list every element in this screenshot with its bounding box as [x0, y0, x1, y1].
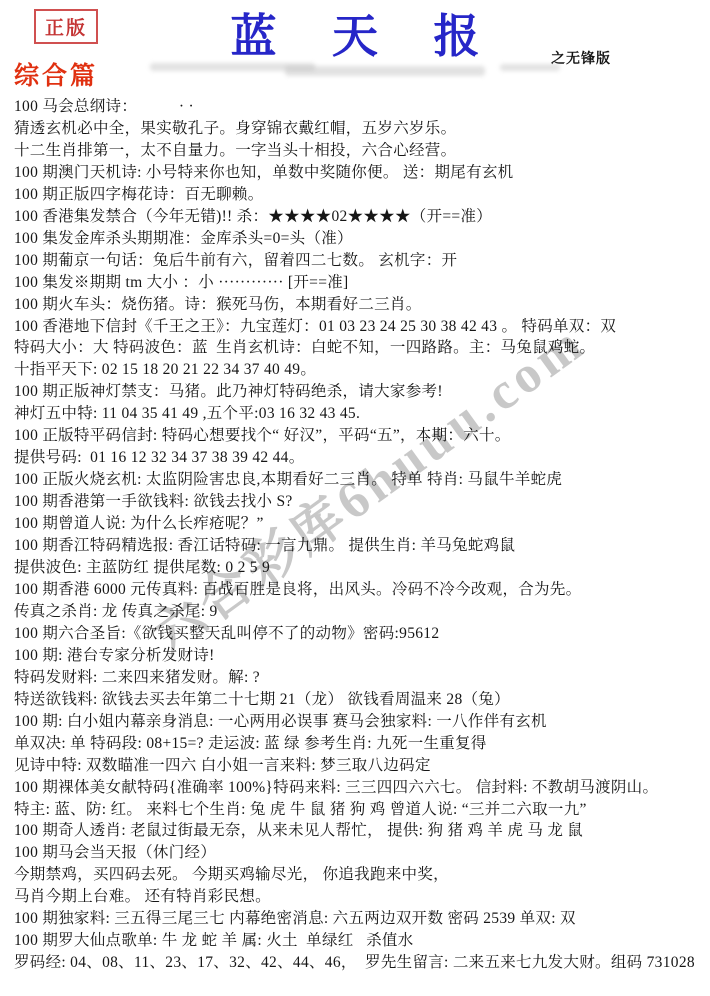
text-line: 100 马会总纲诗： · · — [14, 96, 706, 118]
text-line: 100 期火车头：烧伤猪。诗：猴死马伤，本期看好二三肖。 — [14, 294, 706, 316]
text-line: 100 期奇人透肖: 老鼠过街最无奈，从来未见人帮忙， 提供: 狗 猪 鸡 羊 … — [14, 820, 706, 842]
section-heading: 综合篇 — [14, 56, 98, 92]
text-line: 100 期正版神灯禁支：马猪。此乃神灯特码绝杀，请大家参考! — [14, 381, 706, 403]
text-line: 100 期曾道人说: 为什么长痄疮呢？” — [14, 513, 706, 535]
text-line: 传真之杀肖: 龙 传真之杀尾: 9 — [14, 601, 706, 623]
text-line: 100 期: 港台专家分析发财诗! — [14, 645, 706, 667]
text-line: 100 期香江特码精选报: 香江话特码: 一言九鼎。 提供生肖: 羊马兔蛇鸡鼠 — [14, 535, 706, 557]
text-line: 100 集发※期期 tm 大小 ：小 ············ [开==准] — [14, 272, 706, 294]
text-line: 100 期六合圣旨:《欲钱买整天乱叫停不了的动物》密码:95612 — [14, 623, 706, 645]
text-line: 神灯五中特: 11 04 35 41 49 ,五个平:03 16 32 43 4… — [14, 403, 706, 425]
text-line: 100 期正版四字梅花诗：百无聊赖。 — [14, 184, 706, 206]
text-line: 见诗中特: 双数瞄准一四六 白小姐一言来料: 梦三取八边码定 — [14, 755, 706, 777]
text-line: 十指平天下: 02 15 18 20 21 22 34 37 40 49。 — [14, 359, 706, 381]
text-line: 100 期马会当天报（休门经） — [14, 842, 706, 864]
text-line: 特主: 蓝、防: 红。 来料七个生肖: 兔 虎 牛 鼠 猪 狗 鸡 曾道人说: … — [14, 799, 706, 821]
text-line: 100 期澳门天机诗: 小号特来你也知，单数中奖随你便。 送：期尾有玄机 — [14, 162, 706, 184]
faded-text-smudge — [500, 64, 560, 71]
text-line: 100 期香港 6000 元传真料: 百战百胜是良将，出风头。冷码不冷今改观，合… — [14, 579, 706, 601]
text-line: 100 集发金库杀头期期准：金库杀头=0=头（准） — [14, 228, 706, 250]
text-line: 100 正版特平码信封: 特码心想要找个“ 好汉”，平码“五”，本期：六十。 — [14, 425, 706, 447]
text-line: 特码大小：大 特码波色：蓝 生肖玄机诗：白蛇不知，一四路路。主：马兔鼠鸡蛇。 — [14, 337, 706, 359]
edition-label: 之无锋版 — [551, 48, 611, 68]
text-line: 100 香港集发禁合（今年无错)!! 杀：★★★★02★★★★（开==准） — [14, 206, 706, 228]
text-line: 十二生肖排第一，太不自量力。一字当头十相投，六合心经营。 — [14, 140, 706, 162]
text-line: 单双决: 单 特码段: 08+15=? 走运波: 蓝 绿 参考生肖: 九死一生重… — [14, 733, 706, 755]
text-line: 100 期独家料: 三五得三尾三七 内幕绝密消息: 六五两边双开数 密码 253… — [14, 908, 706, 930]
body-text: 100 马会总纲诗： · ·猜透玄机必中全，果实敬孔子。身穿锦衣戴红帽，五岁六岁… — [14, 96, 706, 974]
text-line: 特送欲钱料: 欲钱去买去年第二十七期 21（龙） 欲钱看周温来 28（兔） — [14, 689, 706, 711]
text-line: 特码发财料: 二来四来猪发财。解: ? — [14, 667, 706, 689]
newspaper-page: 正版 蓝 天 报 之无锋版 综合篇 六合彩库6huuu.com 100 马会总纲… — [0, 0, 710, 996]
text-line: 今期禁鸡，买四码去死。 今期买鸡输尽光， 你追我跑来中奖， — [14, 864, 706, 886]
text-line: 罗码经: 04、08、11、23、17、32、42、44、46， 罗先生留言: … — [14, 952, 706, 974]
text-line: 100 期裸体美女献特码{准确率 100%}特码来料: 三三四四六六七。 信封料… — [14, 777, 706, 799]
text-line: 提供号码: 01 16 12 32 34 37 38 39 42 44。 — [14, 447, 706, 469]
text-line: 马肖今期上台难。 还有特肖彩民想。 — [14, 886, 706, 908]
text-line: 100 期葡京一句话：兔后牛前有六，留着四二七数。 玄机字：开 — [14, 250, 706, 272]
text-line: 100 期香港第一手欲钱料: 欲钱去找小 S? — [14, 491, 706, 513]
text-line: 猜透玄机必中全，果实敬孔子。身穿锦衣戴红帽，五岁六岁乐。 — [14, 118, 706, 140]
text-line: 100 香港地下信封《千王之王》：九宝莲灯：01 03 23 24 25 30 … — [14, 316, 706, 338]
faded-text-smudge — [285, 66, 485, 76]
text-line: 100 期: 白小姐内幕亲身消息: 一心两用必误事 赛马会独家料: 一八作伴有玄… — [14, 711, 706, 733]
text-line: 100 期罗大仙点歌单: 牛 龙 蛇 羊 属: 火土 单绿红 杀值水 — [14, 930, 706, 952]
text-line: 提供波色: 主蓝防红 提供尾数: 0 2 5 9 — [14, 557, 706, 579]
text-line: 100 正版火烧玄机: 太监阴险害忠良,本期看好二三肖。 特单 特肖: 马鼠牛羊… — [14, 469, 706, 491]
